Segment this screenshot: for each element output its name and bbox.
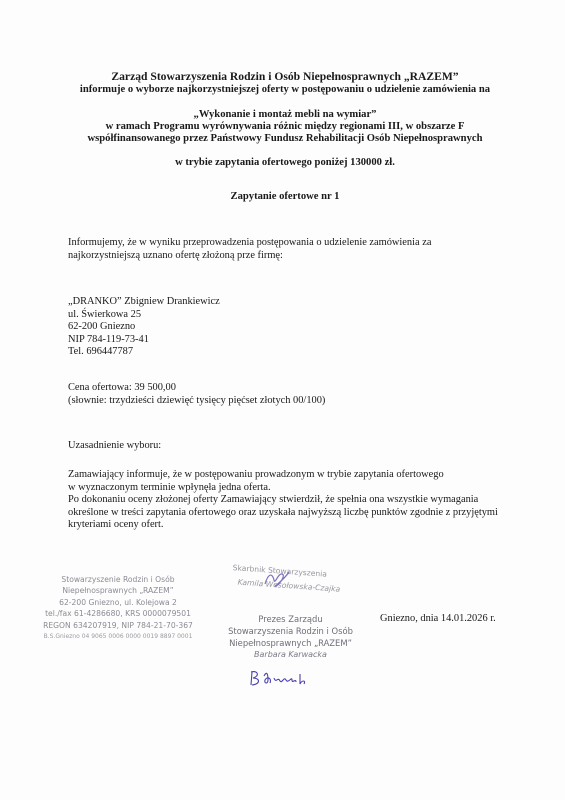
president-org-line-2: Niepełnosprawnych „RAZEM” <box>218 637 363 649</box>
price-block: Cena ofertowa: 39 500,00 (słownie: trzyd… <box>68 382 500 407</box>
president-org-line-1: Stowarzyszenia Rodzin i Osób <box>218 625 363 637</box>
president-name: Barbara Karwacka <box>218 649 363 661</box>
president-signature-icon <box>248 668 320 688</box>
header-announcement: informuje o wyborze najkorzystniejszej o… <box>60 84 510 97</box>
intro-line-1: Informujemy, że w wyniku przeprowadzenia… <box>68 237 500 250</box>
company-nip: NIP 784-119-73-41 <box>68 334 500 347</box>
company-street: ul. Świerkowa 25 <box>68 309 500 322</box>
treasurer-signature-icon <box>262 568 292 590</box>
stamp-org-line-1: Stowarzyszenie Rodzin i Osób <box>18 574 218 585</box>
company-city: 62-200 Gniezno <box>68 321 500 334</box>
stamp-org-line-5: REGON 634207919, NIP 784-21-70-367 <box>18 620 218 631</box>
president-stamp: Prezes Zarządu Stowarzyszenia Rodzin i O… <box>218 613 363 661</box>
program-line-2: współfinansowanego przez Państwowy Fundu… <box>60 133 510 146</box>
intro-line-2: najkorzystniejszą uznano ofertę złożoną … <box>68 250 500 263</box>
document-date: Gniezno, dnia 14.01.2026 r. <box>380 613 496 624</box>
company-name: „DRANKO” Zbigniew Drankiewicz <box>68 296 500 309</box>
stamp-org-line-3: 62-200 Gniezno, ul. Kolejowa 2 <box>18 597 218 608</box>
inquiry-number: Zapytanie ofertowe nr 1 <box>60 191 510 204</box>
price-words: (słownie: trzydzieści dziewięć tysięcy p… <box>68 395 500 408</box>
organization-stamp: Stowarzyszenie Rodzin i Osób Niepełnospr… <box>18 574 218 642</box>
program-line-1: w ramach Programu wyrównywania różnic mi… <box>60 121 510 134</box>
stamp-org-bank-account: B.S.Gniezno 04 9065 0006 0000 0019 8897 … <box>18 631 218 642</box>
justification-p1-line-2: w wyznaczonym terminie wpłynęła jedna of… <box>68 482 500 495</box>
justification-p1-line-1: Zamawiający informuje, że w postępowaniu… <box>68 469 500 482</box>
justification-paragraph-2: Po dokonaniu oceny złożonej oferty Zamaw… <box>68 494 500 532</box>
price-amount: Cena ofertowa: 39 500,00 <box>68 382 500 395</box>
stamp-org-line-2: Niepełnosprawnych „RAZEM” <box>18 585 218 596</box>
company-phone: Tel. 696447787 <box>68 346 500 359</box>
subject-title: „Wykonanie i montaż mebli na wymiar” <box>60 109 510 122</box>
justification-p2-line-2: określone w treści zapytania ofertowego … <box>68 507 500 520</box>
header-organization: Zarząd Stowarzyszenia Rodzin i Osób Niep… <box>60 71 510 84</box>
justification-heading: Uzasadnienie wyboru: <box>68 440 500 453</box>
company-block: „DRANKO” Zbigniew Drankiewicz ul. Świerk… <box>68 296 500 359</box>
justification-p2-line-3: kryteriami oceny ofert. <box>68 519 500 532</box>
procedure-mode: w trybie zapytania ofertowego poniżej 13… <box>60 157 510 170</box>
stamp-org-line-4: tel./fax 61-4286680, KRS 0000079501 <box>18 608 218 619</box>
justification-p2-line-1: Po dokonaniu oceny złożonej oferty Zamaw… <box>68 494 500 507</box>
document-page: Zarząd Stowarzyszenia Rodzin i Osób Niep… <box>0 0 565 800</box>
justification-paragraph-1: Zamawiający informuje, że w postępowaniu… <box>68 469 500 494</box>
president-title: Prezes Zarządu <box>218 613 363 625</box>
treasurer-stamp: Skarbnik Stowarzyszenia Kamila Wesołowsk… <box>231 561 373 599</box>
